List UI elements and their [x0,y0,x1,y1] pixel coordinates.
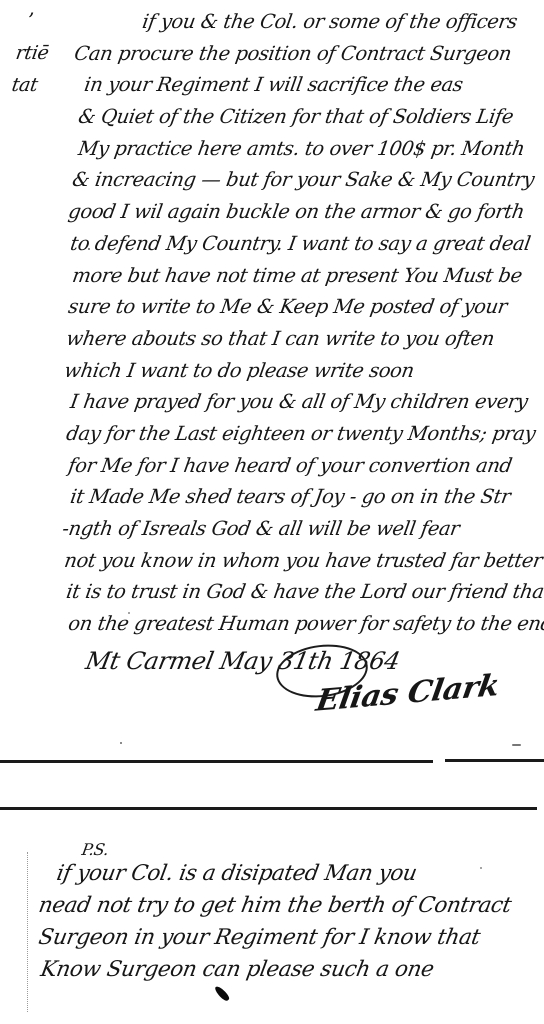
postscript-line: if your Col. is a disipated Man you [0,858,544,890]
scan-speckle [120,742,122,744]
divider-rule-segment [445,759,544,762]
letter-line: it is to trust in God & have the Lord ou… [0,576,544,608]
letter-line: on the greatest Human power for safety t… [0,608,544,640]
postscript-line: Surgeon in your Regiment for I know that [0,922,544,954]
letter-line: good I wil again buckle on the armor & g… [0,196,544,228]
letter-line: not you know in whom you have trusted fa… [0,545,544,577]
postscript-body: if your Col. is a disipated Man you nead… [0,858,544,986]
letter-body: if you & the Col. or some of the officer… [0,6,544,640]
letter-line: & increacing — but for your Sake & My Co… [0,164,544,196]
letter-line: for Me for I have heard of your converti… [0,450,544,482]
letter-line: in your Regiment I will sacrifice the ea… [0,69,544,101]
divider-rule [0,807,537,810]
postscript-label: P.S. [80,840,110,859]
letter-line: Can procure the position of Contract Sur… [0,38,544,70]
letter-line: I have prayed for you & all of My childr… [0,386,544,418]
letter-line: -ngth of Isreals God & all will be well … [0,513,544,545]
postscript-line: Know Surgeon can please such a one [0,954,544,986]
scan-speckle [128,612,130,614]
divider-rule-segment [0,760,433,763]
scan-dash-mark [512,744,521,746]
ink-blot [213,984,230,1002]
letter-line: where abouts so that I can write to you … [0,323,544,355]
letter-line: My practice here amts. to over 100$ pr. … [0,133,544,165]
letter-line: & Quiet of the Citizen for that of Soldi… [0,101,544,133]
letter-line: more but have not time at present You Mu… [0,260,544,292]
letter-line: it Made Me shed tears of Joy - go on in … [0,481,544,513]
margin-dotted-line [27,852,28,1012]
letter-line: if you & the Col. or some of the officer… [0,6,544,38]
letter-line: day for the Last eighteen or twenty Mont… [0,418,544,450]
letter-line: sure to write to Me & Keep Me posted of … [0,291,544,323]
letter-line: which I want to do please write soon [0,355,544,387]
scan-speckle [88,248,90,250]
scanned-letter-page: ’ rtiē tat if you & the Col. or some of … [0,0,544,1024]
postscript-line: nead not try to get him the berth of Con… [0,890,544,922]
scan-speckle [480,867,482,869]
letter-line: to defend My Country. I want to say a gr… [0,228,544,260]
